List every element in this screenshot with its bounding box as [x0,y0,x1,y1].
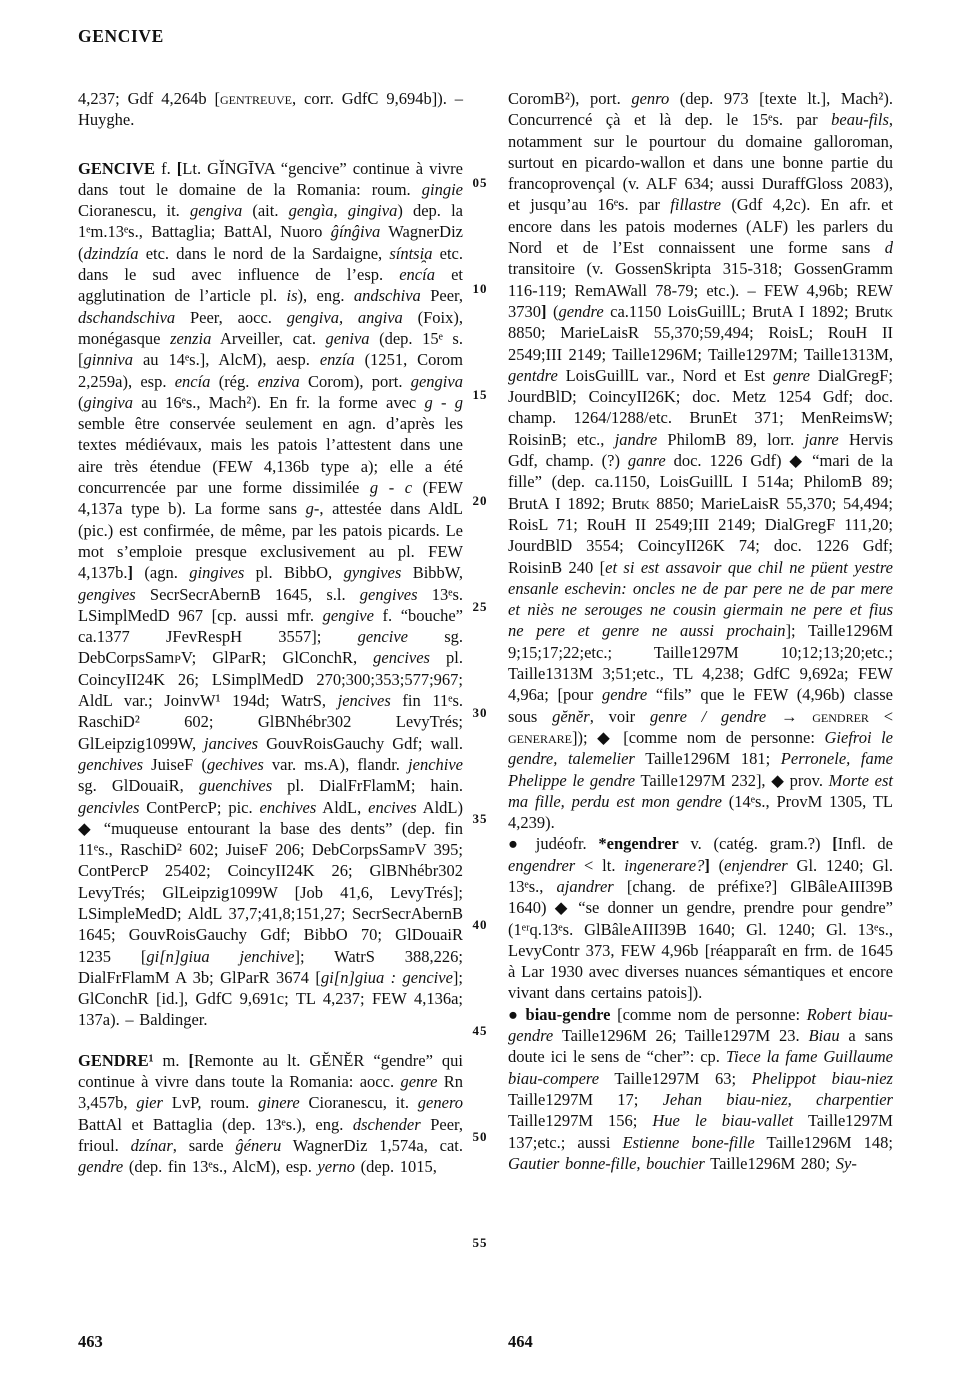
gutter-line-number: 40 [461,917,499,933]
sub-entry-engendrer: ● judéofr. *engendrer v. (catég. gram.?)… [508,833,893,1003]
sub-entry-biau-gendre: ● biau-gendre [comme nom de personne: Ro… [508,1004,893,1174]
entry-gencive: GENCIVE f. [Lt. GĬNGĪVA “gencive” contin… [78,158,463,1031]
gutter-line-number: 30 [461,705,499,721]
dictionary-page: GENCIVE 4,237; Gdf 4,264b [gentreuve, co… [0,0,960,1400]
page-number-right: 464 [508,1332,533,1352]
gutter-line-number: 15 [461,387,499,403]
entry-fragment-huyghe: 4,237; Gdf 4,264b [gentreuve, corr. GdfC… [78,88,463,131]
entry-gendre: GENDRE¹ m. [Remonte au lt. GĔNĔR “gendre… [78,1050,463,1178]
gutter-line-number: 10 [461,281,499,297]
left-column: 4,237; Gdf 4,264b [gentreuve, corr. GdfC… [78,88,463,1178]
gutter-line-number: 20 [461,493,499,509]
page-number-left: 463 [78,1332,103,1352]
gutter-line-number: 55 [461,1235,499,1251]
gutter-line-number: 50 [461,1129,499,1145]
gutter-line-number: 45 [461,1023,499,1039]
entry-gendre-continuation: CoromB²), port. genro (dep. 973 [texte l… [508,88,893,833]
gutter-line-number: 35 [461,811,499,827]
right-column: CoromB²), port. genro (dep. 973 [texte l… [508,88,893,1174]
gutter-line-number: 05 [461,175,499,191]
gutter-line-number: 25 [461,599,499,615]
running-head: GENCIVE [78,26,164,47]
